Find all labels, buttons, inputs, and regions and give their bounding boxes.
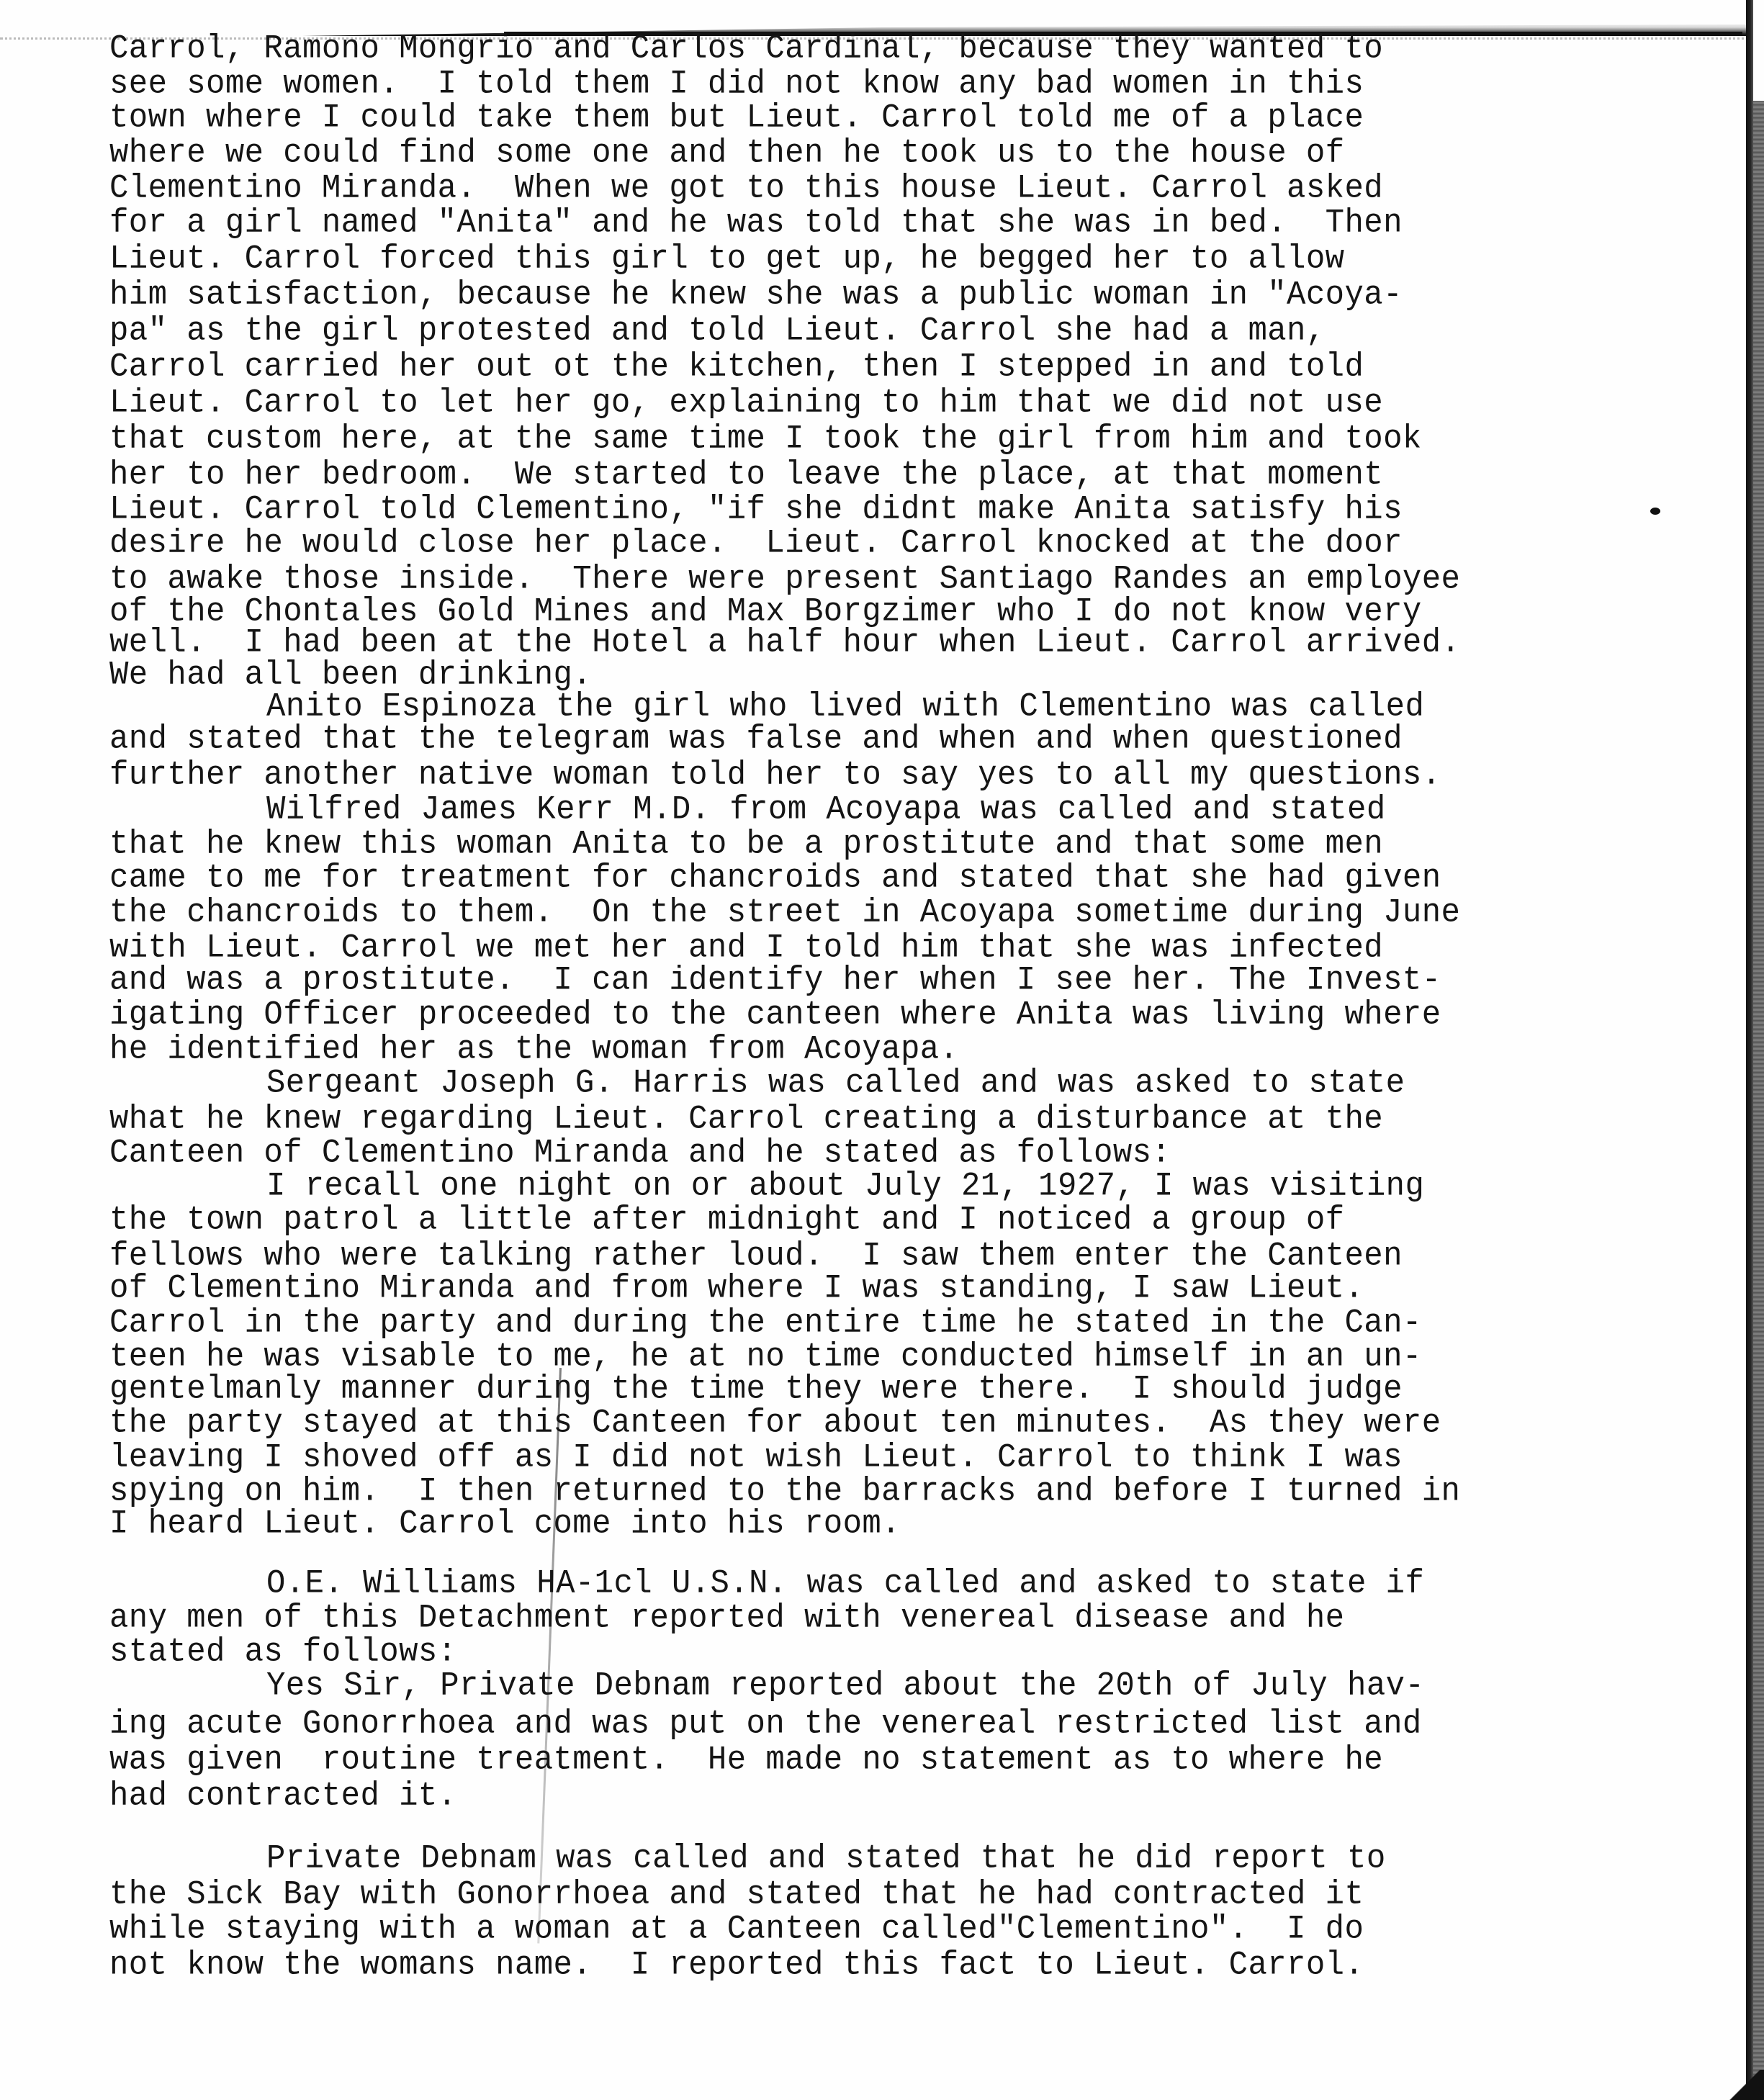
text-line: of Clementino Miranda and from where I w… (109, 1272, 1364, 1305)
text-line: see some women. I told them I did not kn… (109, 68, 1364, 101)
text-line: the party stayed at this Canteen for abo… (109, 1407, 1441, 1440)
text-line: her to her bedroom. We started to leave … (109, 459, 1383, 492)
text-line: Lieut. Carrol to let her go, explaining … (109, 387, 1383, 420)
document-page: Carrol, Ramono Mongrio and Carlos Cardin… (0, 0, 1764, 2100)
text-line: had contracted it. (109, 1780, 456, 1813)
text-line: the town patrol a little after midnight … (109, 1204, 1344, 1237)
text-line: Carrol carried her out ot the kitchen, t… (109, 351, 1364, 384)
text-line: that custom here, at the same time I too… (109, 423, 1422, 456)
text-line: came to me for treatment for chancroids … (109, 862, 1441, 895)
text-line: the Sick Bay with Gonorrhoea and stated … (109, 1878, 1364, 1911)
margin-mark (1650, 508, 1660, 515)
text-line: leaving I shoved off as I did not wish L… (109, 1441, 1403, 1474)
text-line: Carrol in the party and during the entir… (109, 1307, 1422, 1340)
text-line: any men of this Detachment reported with… (109, 1602, 1344, 1635)
paragraph-first-line: Private Debnam was called and stated tha… (266, 1842, 1386, 1875)
text-line: where we could find some one and then he… (109, 137, 1344, 170)
text-line: what he knew regarding Lieut. Carrol cre… (109, 1103, 1383, 1136)
paragraph-first-line: Sergeant Joseph G. Harris was called and… (266, 1067, 1405, 1100)
text-line: he identified her as the woman from Acoy… (109, 1033, 958, 1066)
text-line: I heard Lieut. Carrol come into his room… (109, 1508, 901, 1541)
text-line: We had all been drinking. (109, 659, 592, 692)
text-line: Clementino Miranda. When we got to this … (109, 172, 1383, 205)
paragraph-first-line: Yes Sir, Private Debnam reported about t… (266, 1669, 1424, 1703)
text-line: spying on him. I then returned to the ba… (109, 1475, 1460, 1508)
text-line: Lieut. Carrol told Clementino, "if she d… (109, 493, 1403, 526)
text-line: while staying with a woman at a Canteen … (109, 1913, 1364, 1946)
paragraph-first-line: O.E. Williams HA-1cl U.S.N. was called a… (266, 1567, 1424, 1600)
text-line: further another native woman told her to… (109, 759, 1441, 792)
page-right-edge (1746, 0, 1753, 2100)
text-line: not know the womans name. I reported thi… (109, 1949, 1364, 1982)
text-line: and was a prostitute. I can identify her… (109, 964, 1441, 997)
text-line: and stated that the telegram was false a… (109, 723, 1403, 756)
text-line: Canteen of Clementino Miranda and he sta… (109, 1137, 1171, 1170)
scan-border (1753, 101, 1764, 2100)
text-line: the chancroids to them. On the street in… (109, 896, 1460, 929)
text-line: well. I had been at the Hotel a half hou… (109, 626, 1460, 659)
paragraph-first-line: Wilfred James Kerr M.D. from Acoyapa was… (266, 793, 1386, 826)
text-line: him satisfaction, because he knew she wa… (109, 279, 1403, 312)
paragraph-first-line: Anito Espinoza the girl who lived with C… (266, 690, 1424, 724)
text-line: for a girl named "Anita" and he was told… (109, 207, 1403, 240)
text-line: that he knew this woman Anita to be a pr… (109, 828, 1383, 861)
text-line: desire he would close her place. Lieut. … (109, 527, 1403, 560)
text-line: to awake those inside. There were presen… (109, 563, 1460, 596)
text-line: fellows who were talking rather loud. I … (109, 1240, 1403, 1273)
page-corner-fold (1724, 2070, 1764, 2100)
text-line: pa" as the girl protested and told Lieut… (109, 315, 1326, 348)
text-line: town where I could take them but Lieut. … (109, 102, 1364, 135)
text-line: Lieut. Carrol forced this girl to get up… (109, 243, 1344, 276)
text-line: with Lieut. Carrol we met her and I told… (109, 932, 1383, 965)
text-line: ing acute Gonorrhoea and was put on the … (109, 1708, 1422, 1741)
text-line: was given routine treatment. He made no … (109, 1744, 1383, 1777)
paragraph-first-line: I recall one night on or about July 21, … (266, 1170, 1424, 1203)
text-line: teen he was visable to me, he at no time… (109, 1340, 1422, 1374)
text-line: Carrol, Ramono Mongrio and Carlos Cardin… (109, 32, 1383, 66)
text-line: gentelmanly manner during the time they … (109, 1373, 1403, 1406)
text-line: stated as follows: (109, 1636, 456, 1669)
text-line: igating Officer proceeded to the canteen… (109, 999, 1441, 1032)
